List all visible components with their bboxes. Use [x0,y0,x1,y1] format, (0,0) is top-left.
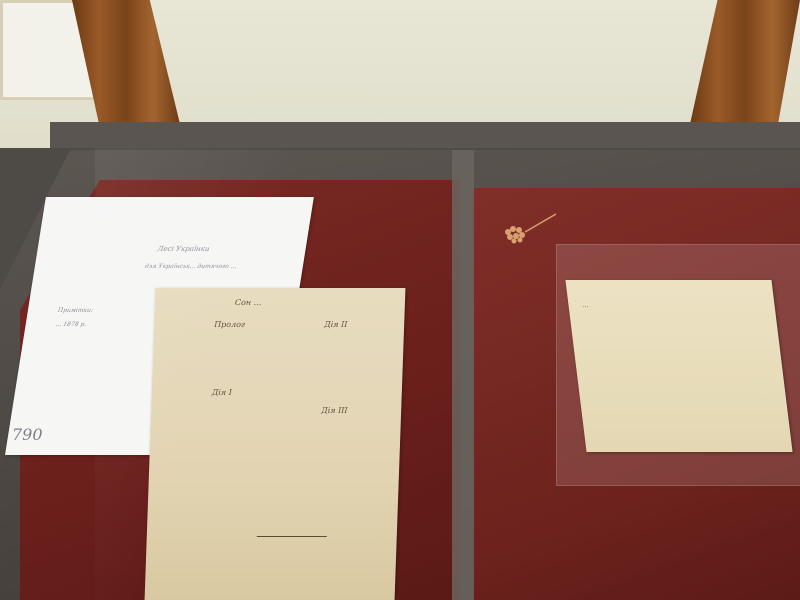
manuscript-right: ... [565,280,792,452]
text-line: Примітки: [57,307,93,314]
flower-icon [500,210,560,250]
text-line: ... 1878 р. [55,321,87,328]
inventory-number: 790 [12,425,43,444]
glass-divider [452,150,474,600]
text-line: ... [582,302,589,309]
glass-reflection [95,148,455,600]
